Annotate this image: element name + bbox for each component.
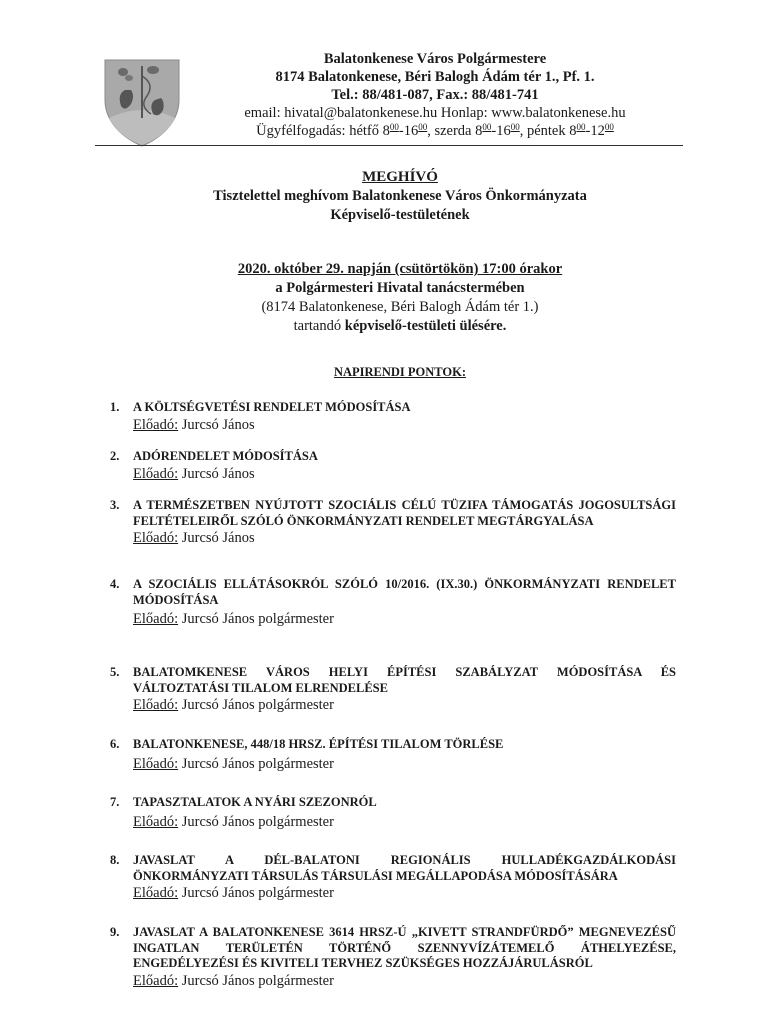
agenda-item-subject: A KÖLTSÉGVETÉSI RENDELET MÓDOSÍTÁSA: [133, 400, 676, 416]
agenda-item-presenter: Előadó: Jurcsó János polgármester: [133, 972, 676, 991]
agenda-item-presenter: Előadó: Jurcsó János polgármester: [133, 696, 676, 715]
agenda-item-subject: BALATONKENESE, 448/18 HRSZ. ÉPÍTÉSI TILA…: [133, 737, 676, 753]
agenda-heading: NAPIRENDI PONTOK:: [100, 365, 700, 380]
phone-fax: Tel.: 88/481-087, Fax.: 88/481-741: [185, 86, 685, 104]
email-website: email: hivatal@balatonkenese.hu Honlap: …: [185, 104, 685, 122]
agenda-item-number: 8.: [110, 853, 119, 869]
document-title: MEGHÍVÓ: [100, 168, 700, 187]
agenda-item-number: 4.: [110, 577, 119, 593]
agenda-item: 9. JAVASLAT A BALATONKENESE 3614 HRSZ-Ú …: [110, 925, 676, 991]
office-name: Balatonkenese Város Polgármestere: [185, 50, 685, 68]
agenda-item: 8. JAVASLAT A DÉL-BALATONI REGIONÁLIS HU…: [110, 853, 676, 903]
agenda-item-presenter: Előadó: Jurcsó János: [133, 529, 676, 548]
header-divider: [95, 145, 683, 146]
agenda-item: 3. A TERMÉSZETBEN NYÚJTOTT SZOCIÁLIS CÉL…: [110, 498, 676, 548]
agenda-item-number: 3.: [110, 498, 119, 514]
agenda-item: 7. TAPASZTALATOK A NYÁRI SZEZONRÓL Előad…: [110, 795, 676, 832]
agenda-item-subject: JAVASLAT A BALATONKENESE 3614 HRSZ-Ú „KI…: [133, 925, 676, 972]
agenda-item-number: 5.: [110, 665, 119, 681]
invitation-line-1: Tisztelettel meghívom Balatonkenese Váro…: [100, 187, 700, 206]
meeting-address: (8174 Balatonkenese, Béri Balogh Ádám té…: [100, 298, 700, 317]
agenda-item-number: 9.: [110, 925, 119, 941]
agenda-item-subject: TAPASZTALATOK A NYÁRI SZEZONRÓL: [133, 795, 676, 811]
office-hours: Ügyfélfogadás: hétfő 800-1600, szerda 80…: [185, 122, 685, 140]
agenda-item-presenter: Előadó: Jurcsó János polgármester: [133, 755, 676, 774]
agenda-item-presenter: Előadó: Jurcsó János polgármester: [133, 610, 676, 629]
agenda-item: 5. BALATOMKENESE VÁROS HELYI ÉPÍTÉSI SZA…: [110, 665, 676, 715]
letterhead: Balatonkenese Város Polgármestere 8174 B…: [185, 50, 685, 140]
document-page: Balatonkenese Város Polgármestere 8174 B…: [0, 0, 768, 1024]
invitation-line-2: Képviselő-testületének: [100, 206, 700, 225]
meeting-type: tartandó képviselő-testületi ülésére.: [100, 317, 700, 336]
agenda-item-number: 6.: [110, 737, 119, 753]
meeting-details: 2020. október 29. napján (csütörtökön) 1…: [100, 260, 700, 336]
agenda-item-presenter: Előadó: Jurcsó János polgármester: [133, 884, 676, 903]
agenda-item: 6. BALATONKENESE, 448/18 HRSZ. ÉPÍTÉSI T…: [110, 737, 676, 774]
agenda-item-presenter: Előadó: Jurcsó János: [133, 416, 676, 435]
agenda-item: 4. A SZOCIÁLIS ELLÁTÁSOKRÓL SZÓLÓ 10/201…: [110, 577, 676, 629]
agenda-item: 2. ADÓRENDELET MÓDOSÍTÁSA Előadó: Jurcsó…: [110, 449, 676, 484]
agenda-item-number: 1.: [110, 400, 119, 416]
meeting-date-time: 2020. október 29. napján (csütörtökön) 1…: [100, 260, 700, 279]
agenda-item-subject: A TERMÉSZETBEN NYÚJTOTT SZOCIÁLIS CÉLÚ T…: [133, 498, 676, 529]
invitation-block: MEGHÍVÓ Tisztelettel meghívom Balatonken…: [100, 168, 700, 225]
meeting-place: a Polgármesteri Hivatal tanácstermében: [100, 279, 700, 298]
agenda-item-subject: BALATOMKENESE VÁROS HELYI ÉPÍTÉSI SZABÁL…: [133, 665, 676, 696]
agenda-item: 1. A KÖLTSÉGVETÉSI RENDELET MÓDOSÍTÁSA E…: [110, 400, 676, 435]
agenda-item-presenter: Előadó: Jurcsó János: [133, 465, 676, 484]
agenda-item-number: 2.: [110, 449, 119, 465]
agenda-item-presenter: Előadó: Jurcsó János polgármester: [133, 813, 676, 832]
agenda-item-subject: JAVASLAT A DÉL-BALATONI REGIONÁLIS HULLA…: [133, 853, 676, 884]
agenda-item-subject: A SZOCIÁLIS ELLÁTÁSOKRÓL SZÓLÓ 10/2016. …: [133, 577, 676, 608]
coat-of-arms-icon: [103, 56, 181, 148]
office-address: 8174 Balatonkenese, Béri Balogh Ádám tér…: [185, 68, 685, 86]
agenda-item-number: 7.: [110, 795, 119, 811]
agenda-item-subject: ADÓRENDELET MÓDOSÍTÁSA: [133, 449, 676, 465]
